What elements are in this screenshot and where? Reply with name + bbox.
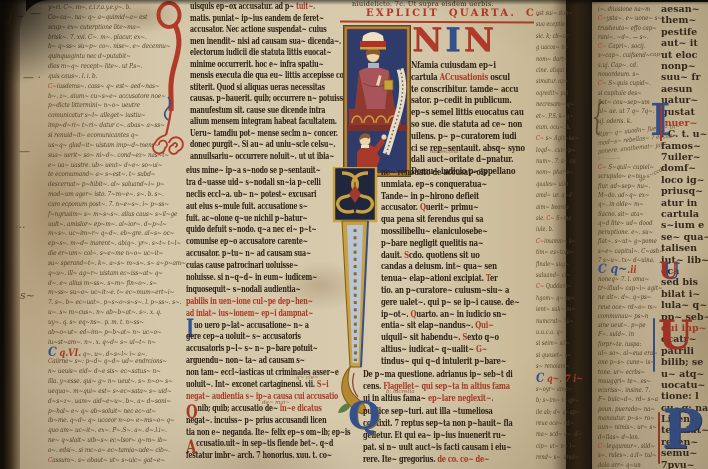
text-line: C~ Quddam~ xyxy=(536,281,577,292)
text-line: ust sui~ don~ xyxy=(536,8,577,19)
display-letter-i: I xyxy=(445,21,460,59)
text-line: loqd~. cun~p~ xyxy=(536,145,577,156)
pen-flourish-blue xyxy=(653,318,655,372)
display-letter-n1: N xyxy=(412,21,442,59)
text-line: tia non e~ neganda. Ite~ felix ep~s om~i… xyxy=(186,428,336,440)
text-line: publice sep~turi. aut illa ~tumeliosa xyxy=(363,406,539,418)
initial-i-blue: I xyxy=(650,99,671,143)
text-line: pabilis in uen~ione cul~pe dep~hen~ xyxy=(186,297,336,309)
main-text-upper-left: uisquis ep~ox accusatur. ad p~ tuit~.mat… xyxy=(190,2,344,163)
text-line: donec purgit~. Si au~ ad uniu~scle celsu… xyxy=(190,140,346,152)
text-line: Iuo uero p~lat~ accusatione~ n~ a xyxy=(186,321,336,333)
text-line: mossilibellu~ elaniculosebe~ xyxy=(381,227,538,239)
text-line: pestife xyxy=(661,27,708,38)
text-line: se~ qua~ xyxy=(661,232,708,243)
text-line: 7pvu~ xyxy=(661,460,708,469)
text-line: iule. b. xyxy=(536,224,577,235)
miniature xyxy=(343,25,411,177)
text-line: comunise ep~o accusatore carente~ xyxy=(186,237,336,249)
text-line: si seim~ sil~ xyxy=(536,338,577,349)
right-page-gloss-column: i~. diuisione na~mC~ysta~. e~ uone~ s~tr… xyxy=(598,5,658,469)
text-line: uoluit~. Int~ exconet cartaginensi. vii.… xyxy=(186,380,336,392)
text-line: annuilsariu~ occurrere noluit~. ut ut ib… xyxy=(190,152,346,164)
text-line: g uacos~ n~ xyxy=(536,42,577,53)
interlinear-gloss: b; lucretia xyxy=(386,389,415,395)
display-letters: NIN xyxy=(412,21,497,59)
text-line: numcrat~ 7s~ xyxy=(536,316,577,327)
text-line: finale~ sug~ xyxy=(536,259,577,270)
text-line: 7uiler~ xyxy=(661,152,708,163)
text-line: men inendit~ nisi ad causam sua~ dicenda… xyxy=(190,37,346,49)
text-line: ad iniat~ ius~ionem~ ep~i dampnat~ xyxy=(186,309,336,321)
text-line: manufestum sit. cause sue dicende intra xyxy=(190,106,346,118)
text-line: causas. p~bauerit. quib; occurrere n~ po… xyxy=(190,94,346,106)
margin-mark: — xyxy=(19,146,30,157)
text-line: so sue. die statuta ad ce~ non xyxy=(411,120,537,132)
text-line: domf~ xyxy=(661,163,708,174)
text-line: Tande~ in p~hirono defieit xyxy=(381,192,538,204)
text-line: De p~ma questione. adrianus ip~ seb~t di xyxy=(363,369,539,381)
text-line: aesan~ xyxy=(661,4,708,15)
text-line: sic. k; cb~ur xyxy=(536,31,577,42)
display-letter-n2: N xyxy=(464,21,494,59)
text-line: rere. Ite~ gregorius. de co. co~ de~ xyxy=(363,454,539,466)
text-line: rend~ s~. amd~ xyxy=(536,452,577,463)
text-line: suu~ fr xyxy=(661,72,708,83)
margin-mark: ··· xyxy=(15,222,26,233)
text-line: s~oyr~ ama~ xyxy=(536,384,577,395)
text-line: hgom~ q~ so~ xyxy=(536,293,577,304)
text-line: uocatu~ xyxy=(661,380,708,391)
text-line: accusator. p~tu~ n~ ad causam sua~ xyxy=(186,249,336,261)
text-line: accusatoris p~l~ s~ n~ p~bare potuit~ xyxy=(186,344,336,356)
spiral-flourish xyxy=(169,137,183,154)
text-line: tim~ es~tole~ xyxy=(536,247,577,258)
text-line: u.u.c.a. q~ xyxy=(536,327,577,338)
collar xyxy=(361,145,369,148)
text-line: co~fixit. 7 reptus sep~ta non p~hauit~ f… xyxy=(363,418,539,430)
text-line: ient~ suk~ m~ xyxy=(536,304,577,315)
text-line: et~. P.S. k~g~ xyxy=(536,111,577,122)
text-line: ma~ scd~ e~. d~ xyxy=(536,429,577,440)
text-line: tindus~ qui q~d intulerit p~bare~ xyxy=(381,357,538,369)
text-line: eum. ocu~. k. xyxy=(536,122,577,133)
explicit-rubric: EXPLICIT QUARTA. C. xyxy=(366,8,542,19)
collar xyxy=(368,63,379,68)
text-line: tra d~uasse uid~ s~nodali sn~ia p~celli xyxy=(186,178,336,190)
text-line: alium mensem integram habeat facultatem. xyxy=(190,117,346,129)
text-line: C~imamm~ s~ xyxy=(536,236,577,247)
main-text-upper-right: Nfamia cuiusdam ep~icartula ACcusationis… xyxy=(411,61,533,179)
text-line: candas a deiusm. int~ qua~ sen xyxy=(381,262,538,274)
text-line: dali auct~oritate d~pnatur. xyxy=(411,155,537,167)
text-line: uilens. p~ p~curatorem iudi xyxy=(411,132,537,144)
gloss-brace: { xyxy=(592,113,603,125)
text-line: si quoset~ s~ xyxy=(536,350,577,361)
text-line: electorum iudicii die statuta littis euo… xyxy=(190,48,346,60)
initial-u-red: U xyxy=(658,316,693,356)
right-margin-gloss-column: ust sui~ don~sua eceptiosic. k; cb~urg u… xyxy=(536,8,568,464)
interlinear-gloss: laudecima xyxy=(430,149,459,155)
text-line: eius mine~ ip~a s~nodo se p~sentauit~ xyxy=(186,166,336,178)
text-line: qua pena sit ferendus qui sa xyxy=(381,215,538,227)
text-line: simatur. ap~ xyxy=(536,76,577,87)
text-line: dauit. Scdo. quotiens sit uo xyxy=(381,251,538,263)
text-line: ip~ot~. Quarto. an~ in iudicio sn~ xyxy=(381,310,538,322)
text-line: cartula xyxy=(661,209,708,220)
text-line: C q~. 7 i~ xyxy=(536,373,577,384)
text-line: aut eius s~mule fuit. accusatione s~ xyxy=(186,202,336,214)
text-line: necresam~ q~ xyxy=(536,99,577,110)
margin-mark: s~ xyxy=(20,290,35,301)
text-line: reue oce~ rd~ xyxy=(536,418,577,429)
text-line: them~ xyxy=(661,15,708,26)
initial-q-blue: Q xyxy=(348,397,380,434)
text-line: nom~ phor s~ xyxy=(536,167,577,178)
photo-top-shadow xyxy=(0,0,708,5)
reaching-hand xyxy=(381,134,386,139)
text-line: nom~ dart~ xyxy=(536,54,577,65)
text-line: gere ualet~. qui p~ se ip~i cause. de~ xyxy=(381,298,538,310)
initial-p-blue: P xyxy=(662,402,703,456)
main-text-lower-right: ne~ renouato de accusat~oisunmiata. ep~s… xyxy=(381,168,533,369)
text-line: C~ s~ Agit~ke~ xyxy=(536,133,577,144)
text-line: aut~ it xyxy=(661,38,708,49)
text-line: minime occurrerit. hoc e~ infra spatiu~ xyxy=(190,60,346,72)
text-line: quido defuit s~nodo. q~a nec ei~ p~t~ xyxy=(186,225,336,237)
text-line: te conscribitur. tamde~ accu xyxy=(411,85,537,97)
text-line: ne~ renouato de accusat~ois xyxy=(381,168,538,180)
text-line: matis. puniat~ ip~ius eandem de feret~ xyxy=(190,14,346,26)
text-line: unmiata. ep~s conqueratua~ xyxy=(381,180,538,192)
panel-divider xyxy=(346,125,408,131)
text-line: ui in altius fama~ ep~lare neglexit~. xyxy=(363,393,539,405)
text-line: gelletur. Et qui ea~ ip~ius inuenerit ru… xyxy=(363,430,539,442)
text-line: atur in xyxy=(661,198,708,209)
interlinear-gloss: de~ mai~ xyxy=(262,400,290,406)
main-text-lower-left: eius mine~ ip~a s~nodo se p~sentauit~tra… xyxy=(186,166,334,463)
text-line: u~ atq~ e xyxy=(661,369,708,380)
text-line: s~ium e xyxy=(661,220,708,231)
text-line: arguendu~ non~ ta~ ad causam s~ xyxy=(186,356,336,368)
text-line: Accusatio.uit~ in sep~tis fiende bet~. q… xyxy=(186,439,336,451)
text-line: festatur imbr~ arch. 7 honorius. xuu. t.… xyxy=(186,451,336,463)
text-line: nonp~ xyxy=(661,61,708,72)
gold-book xyxy=(384,80,393,90)
text-line: aim~ beords xyxy=(536,202,577,213)
text-line: Ueru~ tamdiu pot~ mense seclm n~ concer. xyxy=(190,129,346,141)
text-line: aesun xyxy=(661,84,708,95)
text-line: noluisse. si n~q~d~ in eum~ iudicem~ xyxy=(186,273,336,285)
text-line: cine. aliqui xyxy=(536,65,577,76)
text-line: negat~. incuiss~ p~ prius accusandi lice… xyxy=(186,416,336,428)
initial-q-red-flourish xyxy=(147,1,193,161)
text-line: ut eloc xyxy=(661,50,708,61)
hat-band xyxy=(360,41,386,48)
text-line: Nfamia cuiusdam ep~i xyxy=(411,61,537,73)
text-line: mensis executa die qua eu~ littis accepi… xyxy=(190,71,346,83)
text-line: fuit. ac~olone q~ue nichil p~batur~ xyxy=(186,214,336,226)
main-text-bottom: De p~ma questione. adrianus ip~ seb~t di… xyxy=(363,369,533,467)
text-line: tio. an p~curatore~ cuiusm~siu~ a xyxy=(381,286,538,298)
text-line: b; s~im~ t~qp~ xyxy=(536,395,577,406)
text-line: pat. si n~ uult auct~is facti causam i e… xyxy=(363,442,539,454)
text-line: accusator. Nec actione suspendat~ cuius xyxy=(190,25,346,37)
marginal-note: cap~ xyxy=(650,52,665,58)
initial-u-small: U xyxy=(659,260,678,282)
text-line: stiterit. Quod si aliquas ueras necessit… xyxy=(190,83,346,95)
text-line: loco ig~ xyxy=(661,175,708,186)
photo-corner-shadow xyxy=(0,0,110,90)
spiral-flourish xyxy=(153,135,167,153)
text-line: quales~ uilo xyxy=(536,179,577,190)
text-line: priusq~ xyxy=(661,186,708,197)
text-line: p~bare negligit quelitis na~ xyxy=(381,239,538,251)
text-line: saluand~ ci~ xyxy=(536,270,577,281)
text-line: lula~ q~ xyxy=(661,300,708,311)
interlinear-gloss: q~ cle~ xyxy=(296,375,319,381)
manuscript-photo: f~ — — · ··· s~ — y~ri. C~. m~. c.i.r.a.… xyxy=(0,0,708,469)
text-line: talisen xyxy=(661,243,708,254)
text-line: cuias cause patrocinari uoluisse~ xyxy=(186,261,336,273)
pen-flourish-red xyxy=(658,412,660,464)
text-line: amd~ ur. q~d xyxy=(536,190,577,201)
text-line: neclis eccl~a. ub~ n~ potest~ excusari xyxy=(186,190,336,202)
text-line: ile ab; d~ q~sp~ xyxy=(536,407,577,418)
text-line: gere cep~a uoluit~ s~ accusatoris xyxy=(186,332,336,344)
text-line: ep~s semel littis euocatus cau xyxy=(411,108,537,120)
text-line: sie. C~ S~me xyxy=(536,213,577,224)
text-line: accusator. Querit~ primu~ xyxy=(381,203,538,215)
text-line: cartula ACcusationis oscul xyxy=(411,73,537,85)
text-line: cip~ ut~ n~ l~ xyxy=(536,441,577,452)
text-line: uiquil~ sit habendu~. Sexto q~o xyxy=(381,333,538,345)
text-line: oqredit~ pui xyxy=(536,88,577,99)
text-line: sua eceptio xyxy=(536,19,577,30)
text-line: bilat i~ xyxy=(661,289,708,300)
text-line: entia~ sit elap~nandus~. Qui~ xyxy=(381,321,538,333)
text-line: altius~ iudicat~ q~ualit~ G~ xyxy=(381,345,538,357)
text-line: num~. 7. s~ cu xyxy=(536,156,577,167)
text-line: tenua~ elap~ationi excipiat. Ter xyxy=(381,274,538,286)
text-line: inquosequit~ s~nodali audientia~ xyxy=(186,285,336,297)
text-line: sator. p~cedit in publicum. xyxy=(411,96,537,108)
